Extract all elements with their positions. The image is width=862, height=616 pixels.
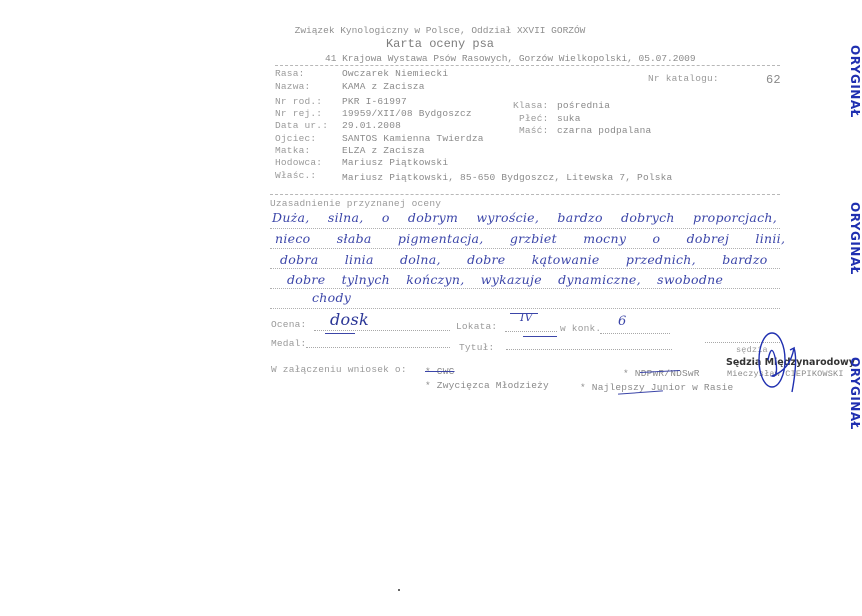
handwritten-line: chody [312,290,351,305]
matka-label: Matka: [275,145,310,156]
handwritten-line: Duża, silna, o dobrym wyroście, bardzo d… [272,210,777,225]
ocena-line [314,330,450,331]
nazwa-label: Nazwa: [275,81,310,92]
masc-value: czarna podpalana [557,125,651,136]
nr-rod-value: PKR I-61997 [342,96,407,107]
nr-rej-value: 19959/XII/08 Bydgoszcz [342,108,472,119]
ocena-label: Ocena: [271,319,306,330]
handwritten-line: nieco słaba pigmentacja, grzbiet mocny o… [275,231,785,246]
original-stamp: ORYGINAŁ [840,357,862,430]
catalog-number: 62 [766,73,781,87]
attachments-label: W załączeniu wniosek o: [271,364,407,375]
handwritten-line: dobre tylnych kończyn, wykazuje dynamicz… [287,272,723,287]
details-divider [270,194,780,195]
judge-signature-icon [750,330,815,400]
nr-rod-label: Nr rod.: [275,96,322,107]
ocena-value: dosk [330,310,369,329]
tytul-label: Tytuł: [459,342,494,353]
header-divider [275,65,780,66]
organization-header: Związek Kynologiczny w Polsce, Oddział X… [0,25,862,36]
klasa-value: pośrednia [557,100,610,111]
w-konk-value: 6 [618,314,627,329]
justification-label: Uzasadnienie przyznanej oceny [270,198,441,209]
rasa-value: Owczarek Niemiecki [342,68,448,79]
event-title: 41 Krajowa Wystawa Psów Rasowych, Gorzów… [325,53,696,64]
attachment-cwc: * CWC [425,366,455,377]
data-ur-label: Data ur.: [275,120,328,131]
handwritten-line: dobra linia dolna, dobre kątowanie przed… [280,252,768,267]
lokata-label: Lokata: [456,321,497,332]
plec-value: suka [557,113,581,124]
attachment-zwyciezca-mlodziezy: * Zwycięzca Młodzieży [425,380,549,391]
attachment-ndpwr: * NDPwR/NDSwR [623,368,700,379]
lokata-overline [510,313,538,314]
lokata-line [505,331,557,332]
scan-speck [398,589,400,591]
ojciec-label: Ojciec: [275,133,316,144]
w-konk-line [600,333,670,334]
tytul-dash [523,336,557,337]
plec-label: Płeć: [519,113,549,124]
wlasciciel-label: Właśc.: [275,170,316,181]
original-stamp: ORYGINAŁ [840,202,862,275]
medal-label: Medal: [271,338,306,349]
hodowca-value: Mariusz Piątkowski [342,157,448,168]
tytul-line [506,349,672,350]
hodowca-label: Hodowca: [275,157,322,168]
masc-label: Maść: [519,125,549,136]
catalog-label: Nr katalogu: [648,73,719,84]
klasa-label: Klasa: [513,100,548,111]
w-konk-label: w konk. [560,323,601,334]
ojciec-value: SANTOS Kamienna Twierdza [342,133,484,144]
rasa-label: Rasa: [275,68,305,79]
matka-value: ELZA z Zacisza [342,145,425,156]
data-ur-value: 29.01.2008 [342,120,401,131]
wlasciciel-value: Mariusz Piątkowski, 85-650 Bydgoszcz, Li… [342,172,672,183]
medal-dash [325,333,355,334]
nr-rej-label: Nr rej.: [275,108,322,119]
document-title: Karta oceny psa [0,37,862,51]
original-stamp: ORYGINAŁ [840,45,862,118]
nazwa-value: KAMA z Zacisza [342,81,425,92]
medal-line [306,347,450,348]
